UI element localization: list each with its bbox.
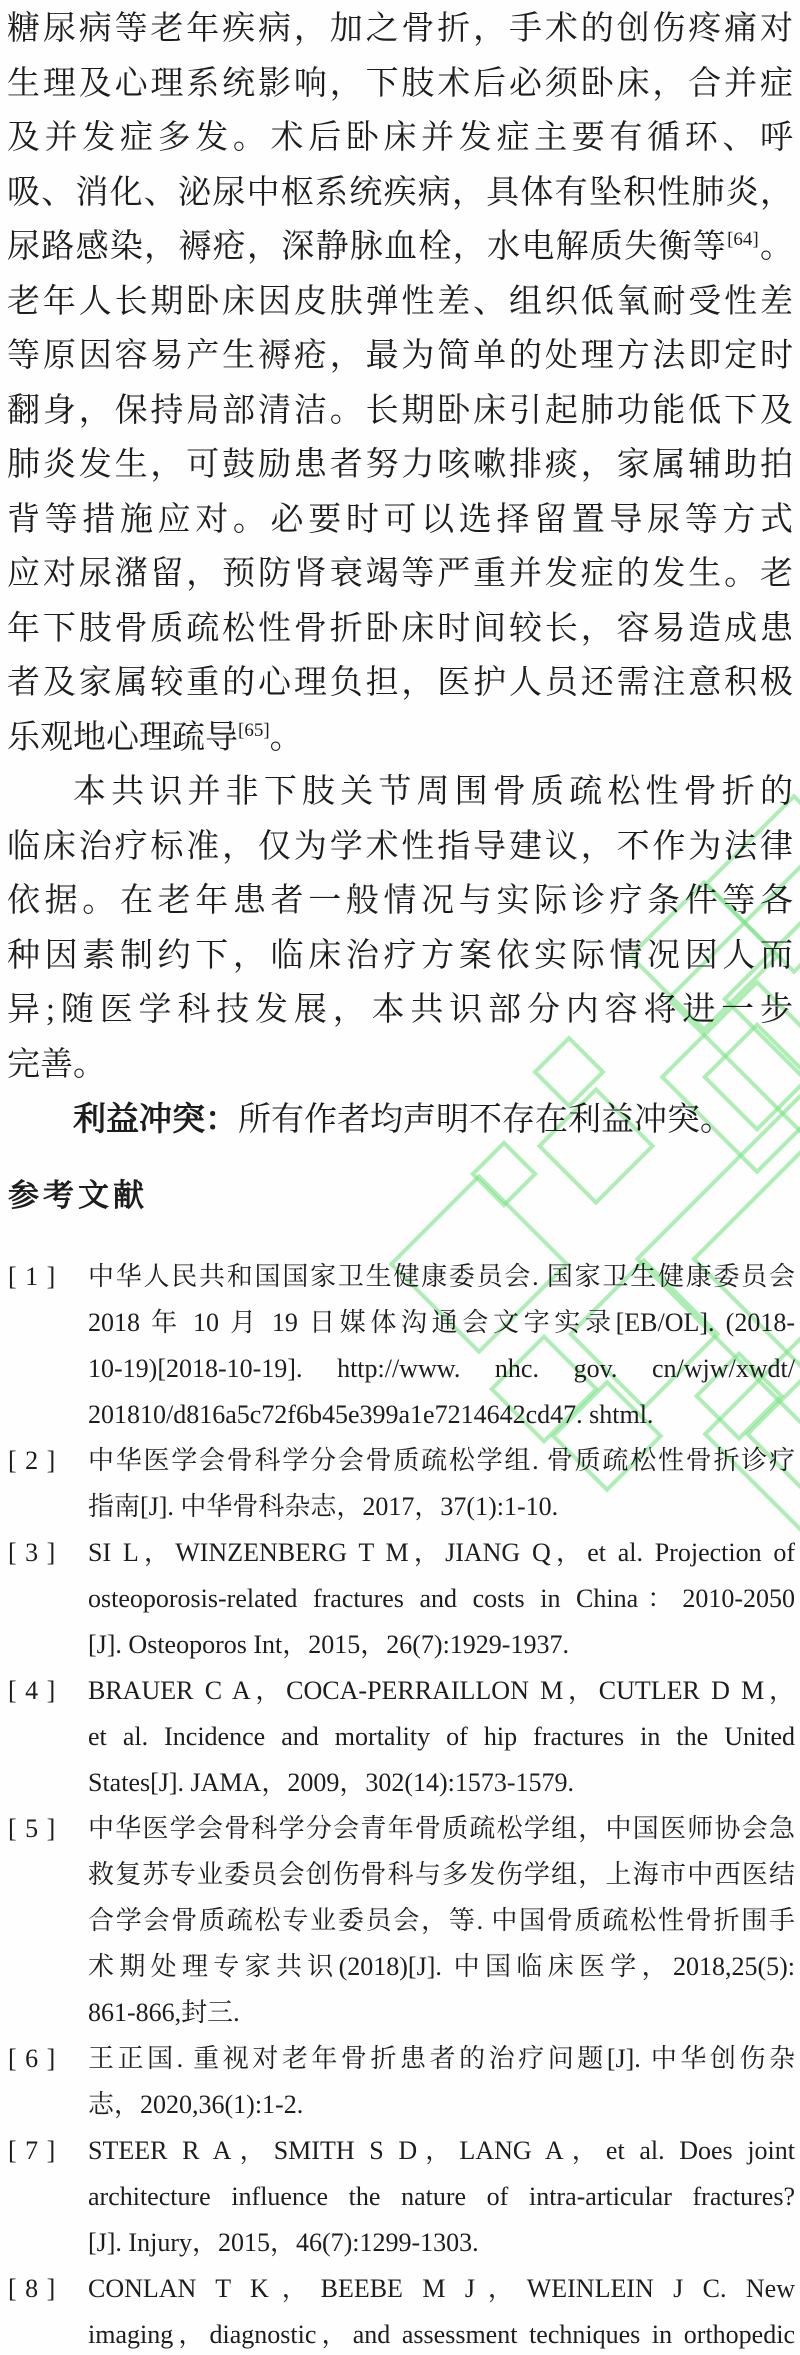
body-text-line: 异;随医学科技发展，本共识部分内容将进一步: [7, 983, 793, 1038]
body-text-line: 种因素制约下，临床治疗方案依实际情况因人而: [7, 929, 793, 984]
body-text-line: 肺炎发生，可鼓励患者努力咳嗽排痰，家属辅助拍: [7, 438, 793, 493]
reference-number: [ 4 ]: [8, 1668, 88, 1714]
body-text-line: 尿路感染，褥疮，深静脉血栓，水电解质失衡等[64]。: [7, 220, 793, 275]
body-text-line: 临床治疗标准，仅为学术性指导建议，不作为法律: [7, 820, 793, 875]
body-line-text: 者及家属较重的心理负担，医护人员还需注意积极: [7, 665, 793, 701]
body-text-line: 背等措施应对。必要时可以选择留置导尿等方式: [7, 493, 793, 548]
body-line-text: 生理及心理系统影响，下肢术后必须卧床，合并症: [7, 66, 793, 102]
reference-number: [ 5 ]: [8, 1806, 88, 1852]
reference-number: [ 1 ]: [8, 1254, 88, 1300]
body-line-text: 异;随医学科技发展，本共识部分内容将进一步: [7, 992, 793, 1028]
reference-item: [ 4 ] BRAUER C A，COCA-PERRAILLON M，CUTLE…: [8, 1668, 795, 1806]
body-line-text: 乐观地心理疏导: [7, 720, 238, 756]
reference-line: 201810/d816a5c72f6b45e399a1e7214642cd47.…: [88, 1392, 795, 1438]
body-text-line: 等原因容易产生褥疮，最为简单的处理方法即定时: [7, 329, 793, 384]
reference-line: imaging，diagnostic，and assessment techni…: [88, 2312, 795, 2355]
body-line-text: 临床治疗标准，仅为学术性指导建议，不作为法律: [7, 829, 793, 865]
reference-line: SI L，WINZENBERG T M，JIANG Q，et al. Proje…: [88, 1530, 795, 1576]
reference-line: osteoporosis-related fractures and costs…: [88, 1576, 795, 1622]
reference-item: [ 3 ] SI L，WINZENBERG T M，JIANG Q，et al.…: [8, 1530, 795, 1668]
reference-number: [ 3 ]: [8, 1530, 88, 1576]
reference-item: [ 6 ] 王正国. 重视对老年骨折患者的治疗问题[J]. 中华创伤杂 志，20…: [8, 2036, 795, 2128]
body-line-text: 糖尿病等老年疾病，加之骨折，手术的创伤疼痛对: [7, 11, 793, 47]
body-line-text: 等原因容易产生褥疮，最为简单的处理方法即定时: [7, 338, 793, 374]
reference-text: STEER R A，SMITH S D，LANG A，et al. Does j…: [88, 2128, 795, 2266]
reference-line: et al. Incidence and mortality of hip fr…: [88, 1714, 795, 1760]
body-text: 糖尿病等老年疾病，加之骨折，手术的创伤疼痛对 生理及心理系统影响，下肢术后必须卧…: [7, 2, 793, 1147]
reference-item: [ 7 ] STEER R A，SMITH S D，LANG A，et al. …: [8, 2128, 795, 2266]
reference-item: [ 5 ] 中华医学会骨科学分会青年骨质疏松学组，中国医师协会急 救复苏专业委员…: [8, 1806, 795, 2036]
references-heading: 参考文献: [8, 1174, 148, 1218]
reference-text: 中华医学会骨科学分会青年骨质疏松学组，中国医师协会急 救复苏专业委员会创伤骨科与…: [88, 1806, 795, 2036]
reference-number: [ 7 ]: [8, 2128, 88, 2174]
reference-line: 志，2020,36(1):1-2.: [88, 2082, 795, 2128]
reference-number: [ 8 ]: [8, 2266, 88, 2312]
reference-line: States[J]. JAMA，2009，302(14):1573-1579.: [88, 1760, 795, 1806]
reference-line: [J]. Osteoporos Int，2015，26(7):1929-1937…: [88, 1622, 795, 1668]
reference-line: 指南[J]. 中华骨科杂志，2017，37(1):1-10.: [88, 1484, 795, 1530]
reference-text: SI L，WINZENBERG T M，JIANG Q，et al. Proje…: [88, 1530, 795, 1668]
body-text-line: 吸、消化、泌尿中枢系统疾病，具体有坠积性肺炎，: [7, 166, 793, 221]
conflict-of-interest-label: 利益冲突：: [73, 1100, 238, 1137]
reference-line: [J]. Injury，2015，46(7):1299-1303.: [88, 2220, 795, 2266]
body-line-text: 吸、消化、泌尿中枢系统疾病，具体有坠积性肺炎，: [7, 175, 793, 211]
body-text-line: 翻身，保持局部清洁。长期卧床引起肺功能低下及: [7, 384, 793, 439]
body-line-text: 翻身，保持局部清洁。长期卧床引起肺功能低下及: [7, 393, 793, 429]
body-text-line: 老年人长期卧床因皮肤弹性差、组织低氧耐受性差: [7, 275, 793, 330]
body-line-text: 背等措施应对。必要时可以选择留置导尿等方式: [7, 502, 793, 538]
body-line-text: 本共识并非下肢关节周围骨质疏松性骨折的: [73, 774, 793, 810]
body-text-line: 本共识并非下肢关节周围骨质疏松性骨折的: [7, 765, 793, 820]
body-text-line: 依据。在老年患者一般情况与实际诊疗条件等各: [7, 874, 793, 929]
references-list: [ 1 ] 中华人民共和国国家卫生健康委员会. 国家卫生健康委员会 2018 年…: [8, 1254, 795, 2355]
reference-item: [ 2 ] 中华医学会骨科学分会骨质疏松学组. 骨质疏松性骨折诊疗 指南[J].…: [8, 1438, 795, 1530]
body-line-text: 。: [270, 720, 303, 756]
reference-line: 中华人民共和国国家卫生健康委员会. 国家卫生健康委员会: [88, 1254, 795, 1300]
body-line-text: 及并发症多发。术后卧床并发症主要有循环、呼: [7, 120, 793, 156]
conflict-of-interest-line: 利益冲突：所有作者均声明不存在利益冲突。: [7, 1092, 793, 1147]
body-line-text: 。: [759, 229, 793, 265]
reference-number: [ 6 ]: [8, 2036, 88, 2082]
body-line-text: 种因素制约下，临床治疗方案依实际情况因人而: [7, 938, 793, 974]
body-line-text: 依据。在老年患者一般情况与实际诊疗条件等各: [7, 883, 793, 919]
reference-line: architecture influence the nature of int…: [88, 2174, 795, 2220]
body-line-text: 老年人长期卧床因皮肤弹性差、组织低氧耐受性差: [7, 284, 793, 320]
reference-text: 中华人民共和国国家卫生健康委员会. 国家卫生健康委员会 2018 年 10 月 …: [88, 1254, 795, 1438]
reference-line: 王正国. 重视对老年骨折患者的治疗问题[J]. 中华创伤杂: [88, 2036, 795, 2082]
body-text-line: 糖尿病等老年疾病，加之骨折，手术的创伤疼痛对: [7, 2, 793, 57]
reference-number: [ 2 ]: [8, 1438, 88, 1484]
citation-superscript: [65]: [238, 720, 270, 741]
body-text-line: 及并发症多发。术后卧床并发症主要有循环、呼: [7, 111, 793, 166]
body-text-line: 年下肢骨质疏松性骨折卧床时间较长，容易造成患: [7, 602, 793, 657]
body-text-line: 乐观地心理疏导[65]。: [7, 711, 793, 766]
body-line-text: 尿路感染，褥疮，深静脉血栓，水电解质失衡等: [7, 229, 727, 265]
conflict-of-interest-text: 所有作者均声明不存在利益冲突。: [238, 1102, 733, 1138]
citation-superscript: [64]: [727, 229, 759, 250]
reference-line: CONLAN T K，BEEBE M J，WEINLEIN J C. New: [88, 2266, 795, 2312]
body-line-text: 年下肢骨质疏松性骨折卧床时间较长，容易造成患: [7, 611, 793, 647]
body-text-line: 生理及心理系统影响，下肢术后必须卧床，合并症: [7, 57, 793, 112]
reference-line: 合学会骨质疏松专业委员会，等. 中国骨质疏松性骨折围手: [88, 1898, 795, 1944]
reference-text: 王正国. 重视对老年骨折患者的治疗问题[J]. 中华创伤杂 志，2020,36(…: [88, 2036, 795, 2128]
watermark-diamond: [470, 1140, 538, 1208]
reference-text: BRAUER C A，COCA-PERRAILLON M，CUTLER D M，…: [88, 1668, 795, 1806]
reference-line: 10-19)[2018-10-19]. http://www. nhc. gov…: [88, 1346, 795, 1392]
reference-text: CONLAN T K，BEEBE M J，WEINLEIN J C. New i…: [88, 2266, 795, 2355]
reference-item: [ 8 ] CONLAN T K，BEEBE M J，WEINLEIN J C.…: [8, 2266, 795, 2355]
body-line-text: 肺炎发生，可鼓励患者努力咳嗽排痰，家属辅助拍: [7, 447, 793, 483]
reference-line: BRAUER C A，COCA-PERRAILLON M，CUTLER D M，: [88, 1668, 795, 1714]
body-line-text: 应对尿潴留，预防肾衰竭等严重并发症的发生。老: [7, 556, 793, 592]
reference-line: 中华医学会骨科学分会骨质疏松学组. 骨质疏松性骨折诊疗: [88, 1438, 795, 1484]
reference-line: STEER R A，SMITH S D，LANG A，et al. Does j…: [88, 2128, 795, 2174]
body-text-line: 应对尿潴留，预防肾衰竭等严重并发症的发生。老: [7, 547, 793, 602]
body-line-text: 完善。: [7, 1047, 106, 1083]
body-text-line: 者及家属较重的心理负担，医护人员还需注意积极: [7, 656, 793, 711]
reference-item: [ 1 ] 中华人民共和国国家卫生健康委员会. 国家卫生健康委员会 2018 年…: [8, 1254, 795, 1438]
body-text-line: 完善。: [7, 1038, 793, 1093]
paper-page: 糖尿病等老年疾病，加之骨折，手术的创伤疼痛对 生理及心理系统影响，下肢术后必须卧…: [0, 0, 800, 2355]
reference-line: 2018 年 10 月 19 日媒体沟通会文字实录[EB/OL]. (2018-: [88, 1300, 795, 1346]
reference-line: 救复苏专业委员会创伤骨科与多发伤学组，上海市中西医结: [88, 1852, 795, 1898]
reference-text: 中华医学会骨科学分会骨质疏松学组. 骨质疏松性骨折诊疗 指南[J]. 中华骨科杂…: [88, 1438, 795, 1530]
reference-line: 中华医学会骨科学分会青年骨质疏松学组，中国医师协会急: [88, 1806, 795, 1852]
reference-line: 术期处理专家共识(2018)[J]. 中国临床医学，2018,25(5):: [88, 1944, 795, 1990]
reference-line: 861-866,封三.: [88, 1990, 795, 2036]
